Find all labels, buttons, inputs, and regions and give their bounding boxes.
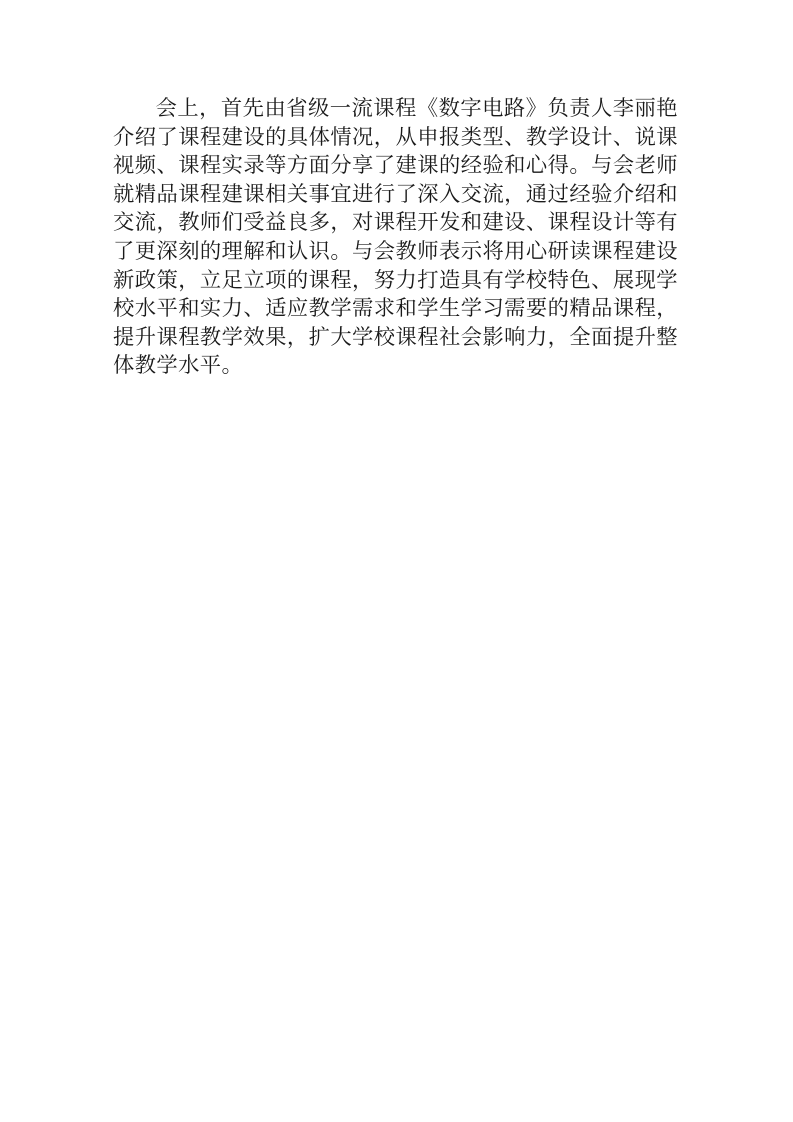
paragraph-block: 会上，首先由省级一流课程《数字电路》负责人李丽艳介绍了课程建设的具体情况，从申报…: [113, 94, 678, 380]
body-paragraph: 会上，首先由省级一流课程《数字电路》负责人李丽艳介绍了课程建设的具体情况，从申报…: [113, 94, 678, 380]
document-page: 会上，首先由省级一流课程《数字电路》负责人李丽艳介绍了课程建设的具体情况，从申报…: [0, 0, 793, 1122]
